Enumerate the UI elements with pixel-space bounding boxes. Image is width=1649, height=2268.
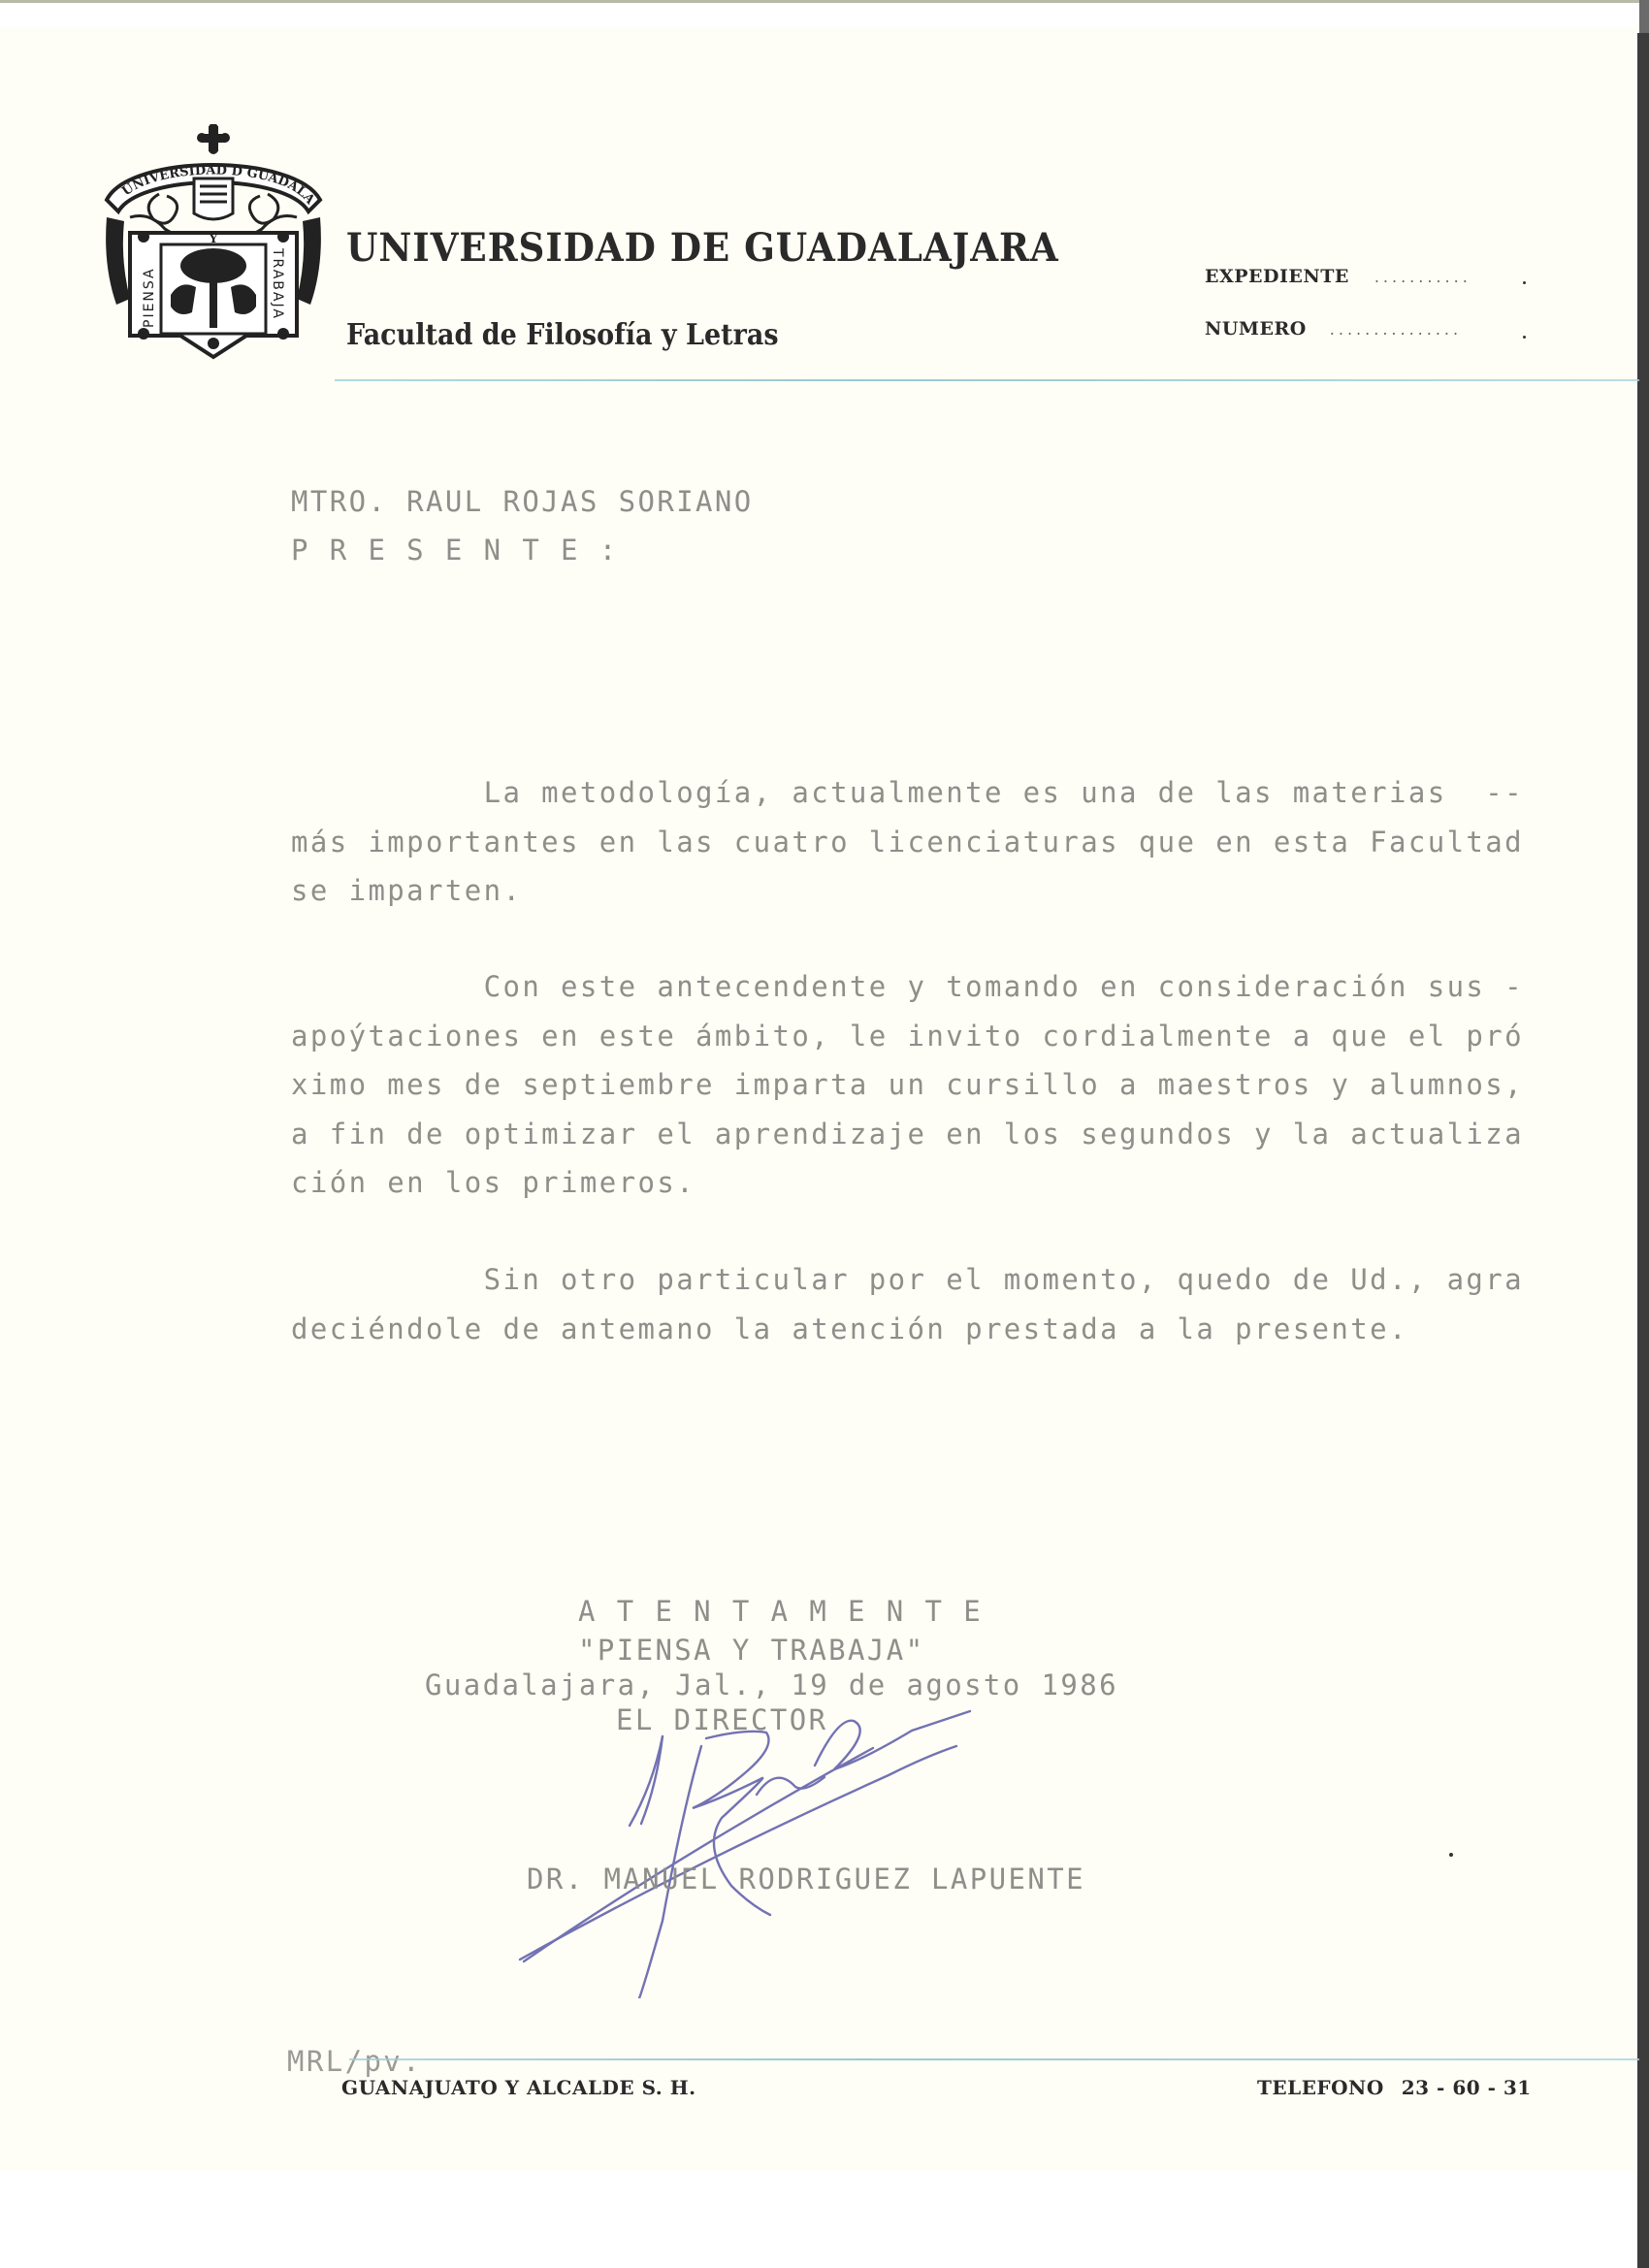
body-line: a fin de optimizar el aprendizaje en los… [291, 1118, 1524, 1150]
closing-motto: "PIENSA Y TRABAJA" [578, 1634, 924, 1667]
addressee-salutation: P R E S E N T E : [291, 534, 619, 567]
body-line: ción en los primeros. [291, 1166, 695, 1199]
university-name: UNIVERSIDAD DE GUADALAJARA [346, 225, 1059, 271]
expediente-label: EXPEDIENTE [1205, 266, 1349, 287]
header-rule [335, 379, 1639, 381]
footer-phone-label: TELEFONO [1257, 2076, 1384, 2099]
footer-address: GUANAJUATO Y ALCALDE S. H. [341, 2076, 696, 2099]
scan-edge-right-top [1639, 0, 1649, 33]
speck [1449, 1853, 1453, 1857]
crest-motto-right: TRABAJA [270, 247, 285, 320]
signature-icon [504, 1707, 1048, 1998]
body-line: apoýtaciones en este ámbito, le invito c… [291, 1020, 1524, 1053]
footer-phone-number: 23 - 60 - 31 [1402, 2076, 1532, 2099]
speck [1523, 336, 1526, 339]
scan-edge-right [1637, 33, 1649, 2268]
body-line: Con este antecendente y tomando en consi… [291, 970, 1524, 1003]
speck [1523, 281, 1526, 284]
numero-field: NUMERO ............... [1205, 318, 1462, 340]
footer-phone: TELEFONO 23 - 60 - 31 [1257, 2076, 1532, 2099]
signatory-name: DR. MANUEL RODRIGUEZ LAPUENTE [527, 1863, 1085, 1895]
body-line: se imparten. [291, 874, 522, 907]
body-line: más importantes en las cuatro licenciatu… [291, 826, 1524, 859]
body-line: deciéndole de antemano la atención prest… [291, 1312, 1408, 1345]
numero-dots: ............... [1330, 320, 1462, 339]
expediente-field: EXPEDIENTE ........... [1205, 266, 1471, 287]
expediente-dots: ........... [1374, 268, 1471, 286]
body-line: La metodología, actualmente es una de la… [291, 776, 1524, 809]
reference-initials: MRL/pv. [287, 2045, 422, 2078]
closing-valediction: A T E N T A M E N T E [578, 1595, 983, 1628]
numero-label: NUMERO [1205, 318, 1307, 340]
faculty-name: Facultad de Filosofía y Letras [346, 318, 779, 352]
addressee-name: MTRO. RAUL ROJAS SORIANO [291, 485, 754, 518]
crest-center: Y [209, 232, 218, 245]
university-crest-icon: UNIVERSIDAD D GUADALAJARA Y PIENSA TRABA… [101, 124, 326, 361]
crest-motto-left: PIENSA [142, 267, 157, 328]
body-line: ximo mes de septiembre imparta un cursil… [291, 1068, 1524, 1101]
closing-place-date: Guadalajara, Jal., 19 de agosto 1986 [425, 1669, 1118, 1701]
scan-edge-top [0, 0, 1649, 3]
footer-rule [349, 2058, 1639, 2060]
body-line: Sin otro particular por el momento, qued… [291, 1263, 1524, 1296]
